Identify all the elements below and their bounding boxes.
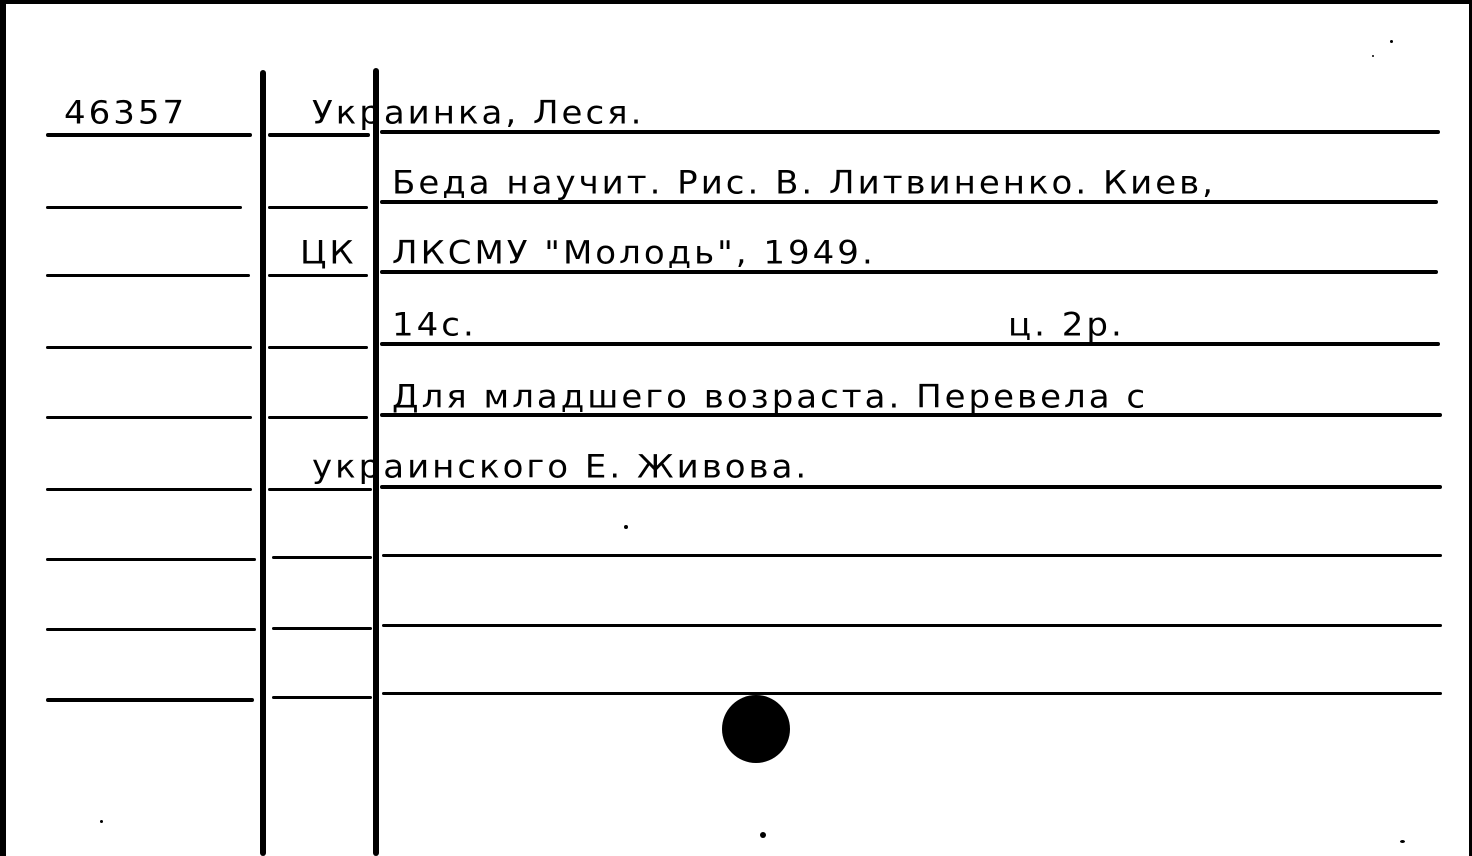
speck — [760, 832, 766, 838]
ruled-line — [46, 416, 252, 419]
author-heading: Украинка, Леся. — [312, 94, 644, 132]
ruled-line — [46, 346, 252, 349]
ruled-line — [268, 488, 372, 491]
speck — [1400, 840, 1405, 843]
ruled-line — [268, 346, 368, 349]
ruled-line — [46, 628, 256, 631]
ruled-line — [268, 206, 368, 209]
column-rule-left — [260, 70, 266, 856]
pages-line: 14с. — [392, 306, 477, 344]
speck — [624, 525, 628, 529]
title-line: Беда научит. Рис. В. Литвиненко. Киев, — [392, 164, 1216, 202]
ruled-line — [46, 698, 254, 702]
ruled-line — [46, 274, 250, 277]
speck — [1390, 40, 1393, 43]
ruled-line — [268, 274, 368, 277]
ruled-line — [268, 133, 370, 137]
card-top-edge — [0, 0, 1472, 4]
ruled-line — [46, 558, 256, 561]
ruled-line — [380, 342, 1440, 346]
ruled-line — [382, 692, 1442, 695]
ruled-line — [46, 488, 252, 491]
call-number: 46357 — [64, 94, 187, 132]
ruled-line — [272, 556, 372, 559]
publisher-line: ЛКСМУ "Молодь", 1949. — [392, 234, 876, 272]
ruled-line — [268, 416, 368, 419]
ruled-line — [46, 133, 252, 137]
ruled-line — [382, 624, 1442, 627]
note-continuation-line: украинского Е. Живова. — [312, 448, 809, 486]
ruled-line — [46, 206, 242, 209]
card-left-edge — [0, 0, 6, 856]
ruled-line — [272, 696, 372, 699]
note-line: Для младшего возраста. Перевела с — [392, 378, 1148, 416]
price: ц. 2р. — [1008, 306, 1125, 344]
location-code: ЦК — [300, 234, 357, 272]
punch-hole — [722, 695, 790, 763]
ruled-line — [272, 627, 372, 630]
speck — [1372, 55, 1374, 57]
ruled-line — [382, 554, 1442, 557]
catalog-card: 46357 Украинка, Леся. Беда научит. Рис. … — [0, 0, 1472, 856]
speck — [100, 820, 103, 823]
